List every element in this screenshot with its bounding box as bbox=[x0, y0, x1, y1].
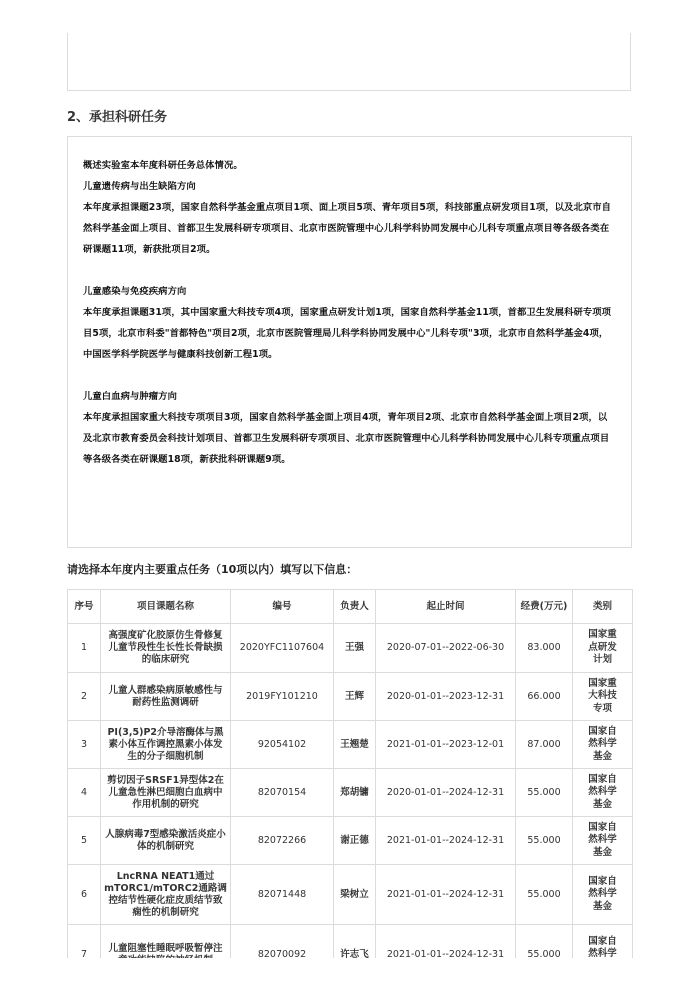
section-title: 2、承担科研任务 bbox=[67, 106, 167, 125]
col-header-category: 类别 bbox=[573, 590, 633, 624]
cell-funding: 55.000 bbox=[516, 865, 573, 925]
cell-name: LncRNA NEAT1通过mTORC1/mTORC2通路调控结节性硬化症皮质结… bbox=[101, 865, 231, 925]
cell-name: 剪切因子SRSF1异型体2在儿童急性淋巴细胞白血病中作用机制的研究 bbox=[101, 769, 231, 817]
direction-body: 本年度承担课题31项，其中国家重大科技专项4项，国家重点研发计划1项，国家自然科… bbox=[83, 302, 615, 365]
col-header-no: 序号 bbox=[68, 590, 101, 624]
cell-category: 国家自然科学基金 bbox=[573, 817, 633, 865]
cell-period: 2020-01-01--2024-12-31 bbox=[376, 769, 516, 817]
table-row: 3PI(3,5)P2介导溶酶体与黑素小体互作调控黑素小体发生的分子细胞机制920… bbox=[68, 721, 633, 769]
cell-funding: 55.000 bbox=[516, 817, 573, 865]
overview-intro: 概述实验室本年度科研任务总体情况。 bbox=[83, 155, 615, 176]
research-overview-textbox: 概述实验室本年度科研任务总体情况。 儿童遗传病与出生缺陷方向 本年度承担课题23… bbox=[67, 136, 632, 548]
cell-no: 6 bbox=[68, 865, 101, 925]
cell-funding: 87.000 bbox=[516, 721, 573, 769]
direction-heading: 儿童白血病与肿瘤方向 bbox=[83, 386, 615, 407]
table-row: 4剪切因子SRSF1异型体2在儿童急性淋巴细胞白血病中作用机制的研究820701… bbox=[68, 769, 633, 817]
cell-funding: 55.000 bbox=[516, 769, 573, 817]
page-bottom-margin bbox=[0, 958, 700, 991]
cell-no: 5 bbox=[68, 817, 101, 865]
cell-category: 国家自然科学基金 bbox=[573, 769, 633, 817]
cell-no: 3 bbox=[68, 721, 101, 769]
cell-code: 2020YFC1107604 bbox=[231, 624, 334, 673]
cell-name: 人腺病毒7型感染激活炎症小体的机制研究 bbox=[101, 817, 231, 865]
col-header-code: 编号 bbox=[231, 590, 334, 624]
cell-funding: 66.000 bbox=[516, 673, 573, 721]
direction-body: 本年度承担课题23项，国家自然科学基金重点项目1项、面上项目5项、青年项目5项，… bbox=[83, 197, 615, 260]
cell-name: 儿童人群感染病原敏感性与耐药性监测调研 bbox=[101, 673, 231, 721]
cell-category: 国家自然科学基金 bbox=[573, 721, 633, 769]
cell-pi: 梁树立 bbox=[334, 865, 376, 925]
table-row: 2儿童人群感染病原敏感性与耐药性监测调研2019FY101210王辉2020-0… bbox=[68, 673, 633, 721]
cell-no: 1 bbox=[68, 624, 101, 673]
table-row: 5人腺病毒7型感染激活炎症小体的机制研究82072266谢正德2021-01-0… bbox=[68, 817, 633, 865]
cell-category: 国家自然科学基金 bbox=[573, 865, 633, 925]
cell-code: 2019FY101210 bbox=[231, 673, 334, 721]
tasks-table-title: 请选择本年度内主要重点任务（10项以内）填写以下信息： bbox=[67, 561, 357, 577]
cell-period: 2020-01-01--2023-12-31 bbox=[376, 673, 516, 721]
col-header-funding: 经费(万元) bbox=[516, 590, 573, 624]
cell-code: 82071448 bbox=[231, 865, 334, 925]
cell-funding: 83.000 bbox=[516, 624, 573, 673]
cell-period: 2021-01-01--2024-12-31 bbox=[376, 865, 516, 925]
direction-heading: 儿童遗传病与出生缺陷方向 bbox=[83, 176, 615, 197]
cell-category: 国家重点研发计划 bbox=[573, 624, 633, 673]
col-header-period: 起止时间 bbox=[376, 590, 516, 624]
previous-section-textbox bbox=[67, 33, 631, 91]
cell-name: 高强度矿化胶原仿生骨修复儿童节段性生长性长骨缺损的临床研究 bbox=[101, 624, 231, 673]
cell-period: 2020-07-01--2022-06-30 bbox=[376, 624, 516, 673]
col-header-name: 项目课题名称 bbox=[101, 590, 231, 624]
cell-pi: 王强 bbox=[334, 624, 376, 673]
cell-category: 国家重大科技专项 bbox=[573, 673, 633, 721]
table-row: 6LncRNA NEAT1通过mTORC1/mTORC2通路调控结节性硬化症皮质… bbox=[68, 865, 633, 925]
cell-period: 2021-01-01--2023-12-01 bbox=[376, 721, 516, 769]
cell-pi: 谢正德 bbox=[334, 817, 376, 865]
direction-body: 本年度承担国家重大科技专项项目3项，国家自然科学基金面上项目4项，青年项目2项、… bbox=[83, 407, 615, 470]
cell-no: 2 bbox=[68, 673, 101, 721]
table-row: 1高强度矿化胶原仿生骨修复儿童节段性生长性长骨缺损的临床研究2020YFC110… bbox=[68, 624, 633, 673]
cell-no: 4 bbox=[68, 769, 101, 817]
cell-pi: 王翘楚 bbox=[334, 721, 376, 769]
cell-pi: 王辉 bbox=[334, 673, 376, 721]
cell-code: 92054102 bbox=[231, 721, 334, 769]
cell-code: 82070154 bbox=[231, 769, 334, 817]
cell-code: 82072266 bbox=[231, 817, 334, 865]
table-header-row: 序号 项目课题名称 编号 负责人 起止时间 经费(万元) 类别 bbox=[68, 590, 633, 624]
cell-name: PI(3,5)P2介导溶酶体与黑素小体互作调控黑素小体发生的分子细胞机制 bbox=[101, 721, 231, 769]
key-tasks-table: 序号 项目课题名称 编号 负责人 起止时间 经费(万元) 类别 1高强度矿化胶原… bbox=[67, 589, 633, 985]
cell-pi: 郑胡镛 bbox=[334, 769, 376, 817]
col-header-pi: 负责人 bbox=[334, 590, 376, 624]
cell-period: 2021-01-01--2024-12-31 bbox=[376, 817, 516, 865]
direction-heading: 儿童感染与免疫疾病方向 bbox=[83, 281, 615, 302]
